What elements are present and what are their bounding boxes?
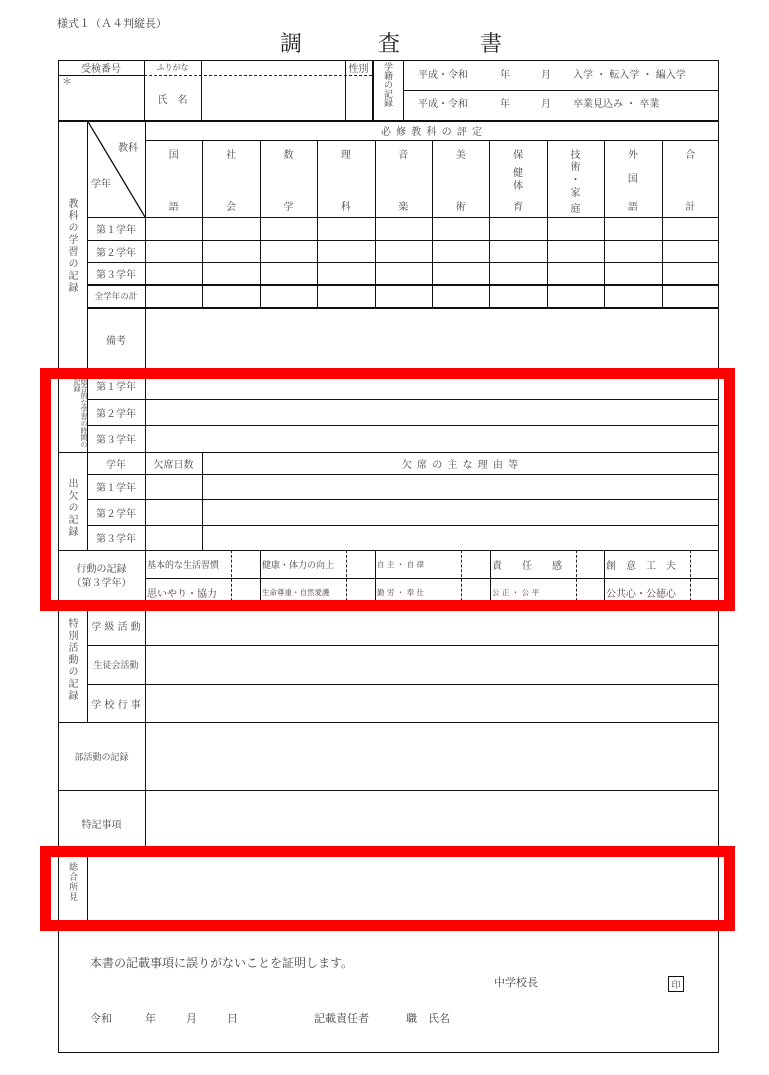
responsible-label: 記載責任者	[314, 1013, 369, 1024]
club-field[interactable]	[146, 723, 718, 789]
grade-input-cell[interactable]	[548, 241, 603, 261]
grade-input-cell[interactable]	[146, 218, 201, 239]
grade-input-cell[interactable]	[203, 285, 258, 306]
diag-grade-label: 学年	[91, 180, 111, 190]
highlight-box-attendance-behavior	[40, 368, 735, 611]
grade-input-cell[interactable]	[605, 218, 660, 239]
certification-statement: 本書の記載事項に誤りがないことを証明します。	[90, 957, 353, 969]
enrollment-label: 学籍の記録	[382, 62, 391, 107]
grade-input-cell[interactable]	[261, 285, 316, 306]
special-activities-side-label: 特別活動の記録	[66, 618, 76, 702]
grade-input-cell[interactable]	[146, 285, 201, 306]
grade-input-cell[interactable]	[261, 218, 316, 239]
grade-input-cell[interactable]	[203, 218, 258, 239]
required-subjects-header: 必 修 教 科 の 評 定	[145, 120, 719, 140]
date-era: 令和	[90, 1013, 112, 1024]
name-field[interactable]	[202, 76, 344, 119]
grade-input-cell[interactable]	[490, 285, 545, 306]
grade-input-cell[interactable]	[376, 218, 431, 239]
subject-header: 技術 ・ 家庭	[547, 140, 604, 217]
grade-input-cell[interactable]	[146, 241, 201, 261]
seal-box: 印	[668, 976, 684, 992]
special-activity-field[interactable]	[146, 685, 718, 721]
grade-row-label: 第３学年	[87, 262, 145, 284]
grade-input-cell[interactable]	[376, 263, 431, 283]
title-char-1: 調	[280, 34, 302, 56]
grade-input-cell[interactable]	[663, 263, 718, 283]
enrollment-era-1: 平成・令和	[418, 71, 468, 81]
date-day: 日	[227, 1013, 238, 1024]
title-char-2: 査	[378, 34, 400, 56]
form-label: 様式１（Ａ４判縦長）	[57, 18, 167, 29]
grade-input-cell[interactable]	[433, 241, 488, 261]
special-activity-row-label: 学 級 活 動	[87, 606, 145, 645]
grade-row-label: 第２学年	[87, 240, 145, 262]
diag-subject-label: 教科	[118, 144, 138, 154]
special-activity-field[interactable]	[146, 607, 718, 644]
exam-number-label: 受検番号	[58, 60, 144, 75]
furigana-field[interactable]	[202, 61, 344, 74]
title-char-3: 書	[480, 34, 502, 56]
grade-input-cell[interactable]	[433, 263, 488, 283]
special-activity-row-label: 生徒会活動	[87, 645, 145, 684]
subject-header: 外国語	[604, 140, 661, 217]
grade-input-cell[interactable]	[261, 263, 316, 283]
enrollment-era-2: 平成・令和	[418, 100, 468, 110]
subject-header: 音楽	[375, 140, 432, 217]
grade-input-cell[interactable]	[433, 218, 488, 239]
grade-input-cell[interactable]	[490, 263, 545, 283]
principal-label: 中学校長	[494, 977, 538, 988]
grade-input-cell[interactable]	[203, 241, 258, 261]
gender-field[interactable]	[346, 76, 371, 119]
furigana-label: ふりがな	[144, 60, 201, 75]
grade-input-cell[interactable]	[203, 263, 258, 283]
grade-input-cell[interactable]	[490, 218, 545, 239]
special-activity-field[interactable]	[146, 646, 718, 683]
grade-input-cell[interactable]	[490, 241, 545, 261]
diagonal-divider	[87, 120, 145, 217]
subject-header: 保健 体育	[489, 140, 546, 217]
subject-header: 数学	[260, 140, 317, 217]
name-label: 氏 名	[144, 76, 201, 120]
grade-input-cell[interactable]	[376, 285, 431, 306]
grade-input-cell[interactable]	[433, 285, 488, 306]
remarks-label: 備考	[87, 307, 145, 372]
club-label: 部活動の記録	[58, 722, 145, 790]
grade-row-label: 第１学年	[87, 217, 145, 240]
subject-header: 合計	[662, 140, 719, 217]
grade-input-cell[interactable]	[548, 218, 603, 239]
enrollment-status-1: 入学 ・ 転入学 ・ 編入学	[573, 71, 686, 81]
enrollment-month-2: 月	[541, 100, 551, 110]
grade-input-cell[interactable]	[548, 263, 603, 283]
grade-input-cell[interactable]	[261, 241, 316, 261]
enrollment-year-2: 年	[500, 100, 510, 110]
grade-input-cell[interactable]	[548, 285, 603, 306]
grade-input-cell[interactable]	[663, 285, 718, 306]
enrollment-year-1: 年	[500, 71, 510, 81]
grade-input-cell[interactable]	[376, 241, 431, 261]
grade-input-cell[interactable]	[663, 218, 718, 239]
subject-header: 社会	[202, 140, 259, 217]
subject-header: 国語	[145, 140, 202, 217]
remarks-field[interactable]	[146, 308, 718, 371]
grade-input-cell[interactable]	[318, 263, 373, 283]
enrollment-month-1: 月	[541, 71, 551, 81]
exam-number-field[interactable]	[60, 76, 143, 119]
special-activity-row-label: 学 校 行 事	[87, 684, 145, 722]
gender-label: 性別	[345, 60, 372, 75]
enrollment-status-2: 卒業見込み ・ 卒業	[573, 100, 659, 110]
grade-input-cell[interactable]	[663, 241, 718, 261]
grade-input-cell[interactable]	[318, 241, 373, 261]
grade-input-cell[interactable]	[146, 263, 201, 283]
grade-input-cell[interactable]	[605, 241, 660, 261]
grade-row-label: 全学年の計	[87, 284, 145, 307]
date-month: 月	[186, 1013, 197, 1024]
position-name-label: 職 氏名	[406, 1013, 450, 1024]
highlight-box-overall	[40, 846, 735, 931]
subjects-side-label: 教科の学習の記録	[66, 198, 76, 294]
grade-input-cell[interactable]	[318, 285, 373, 306]
subject-header: 美術	[432, 140, 489, 217]
grade-input-cell[interactable]	[605, 263, 660, 283]
date-year: 年	[145, 1013, 156, 1024]
grade-input-cell[interactable]	[318, 218, 373, 239]
subject-header: 理科	[317, 140, 374, 217]
grade-input-cell[interactable]	[605, 285, 660, 306]
